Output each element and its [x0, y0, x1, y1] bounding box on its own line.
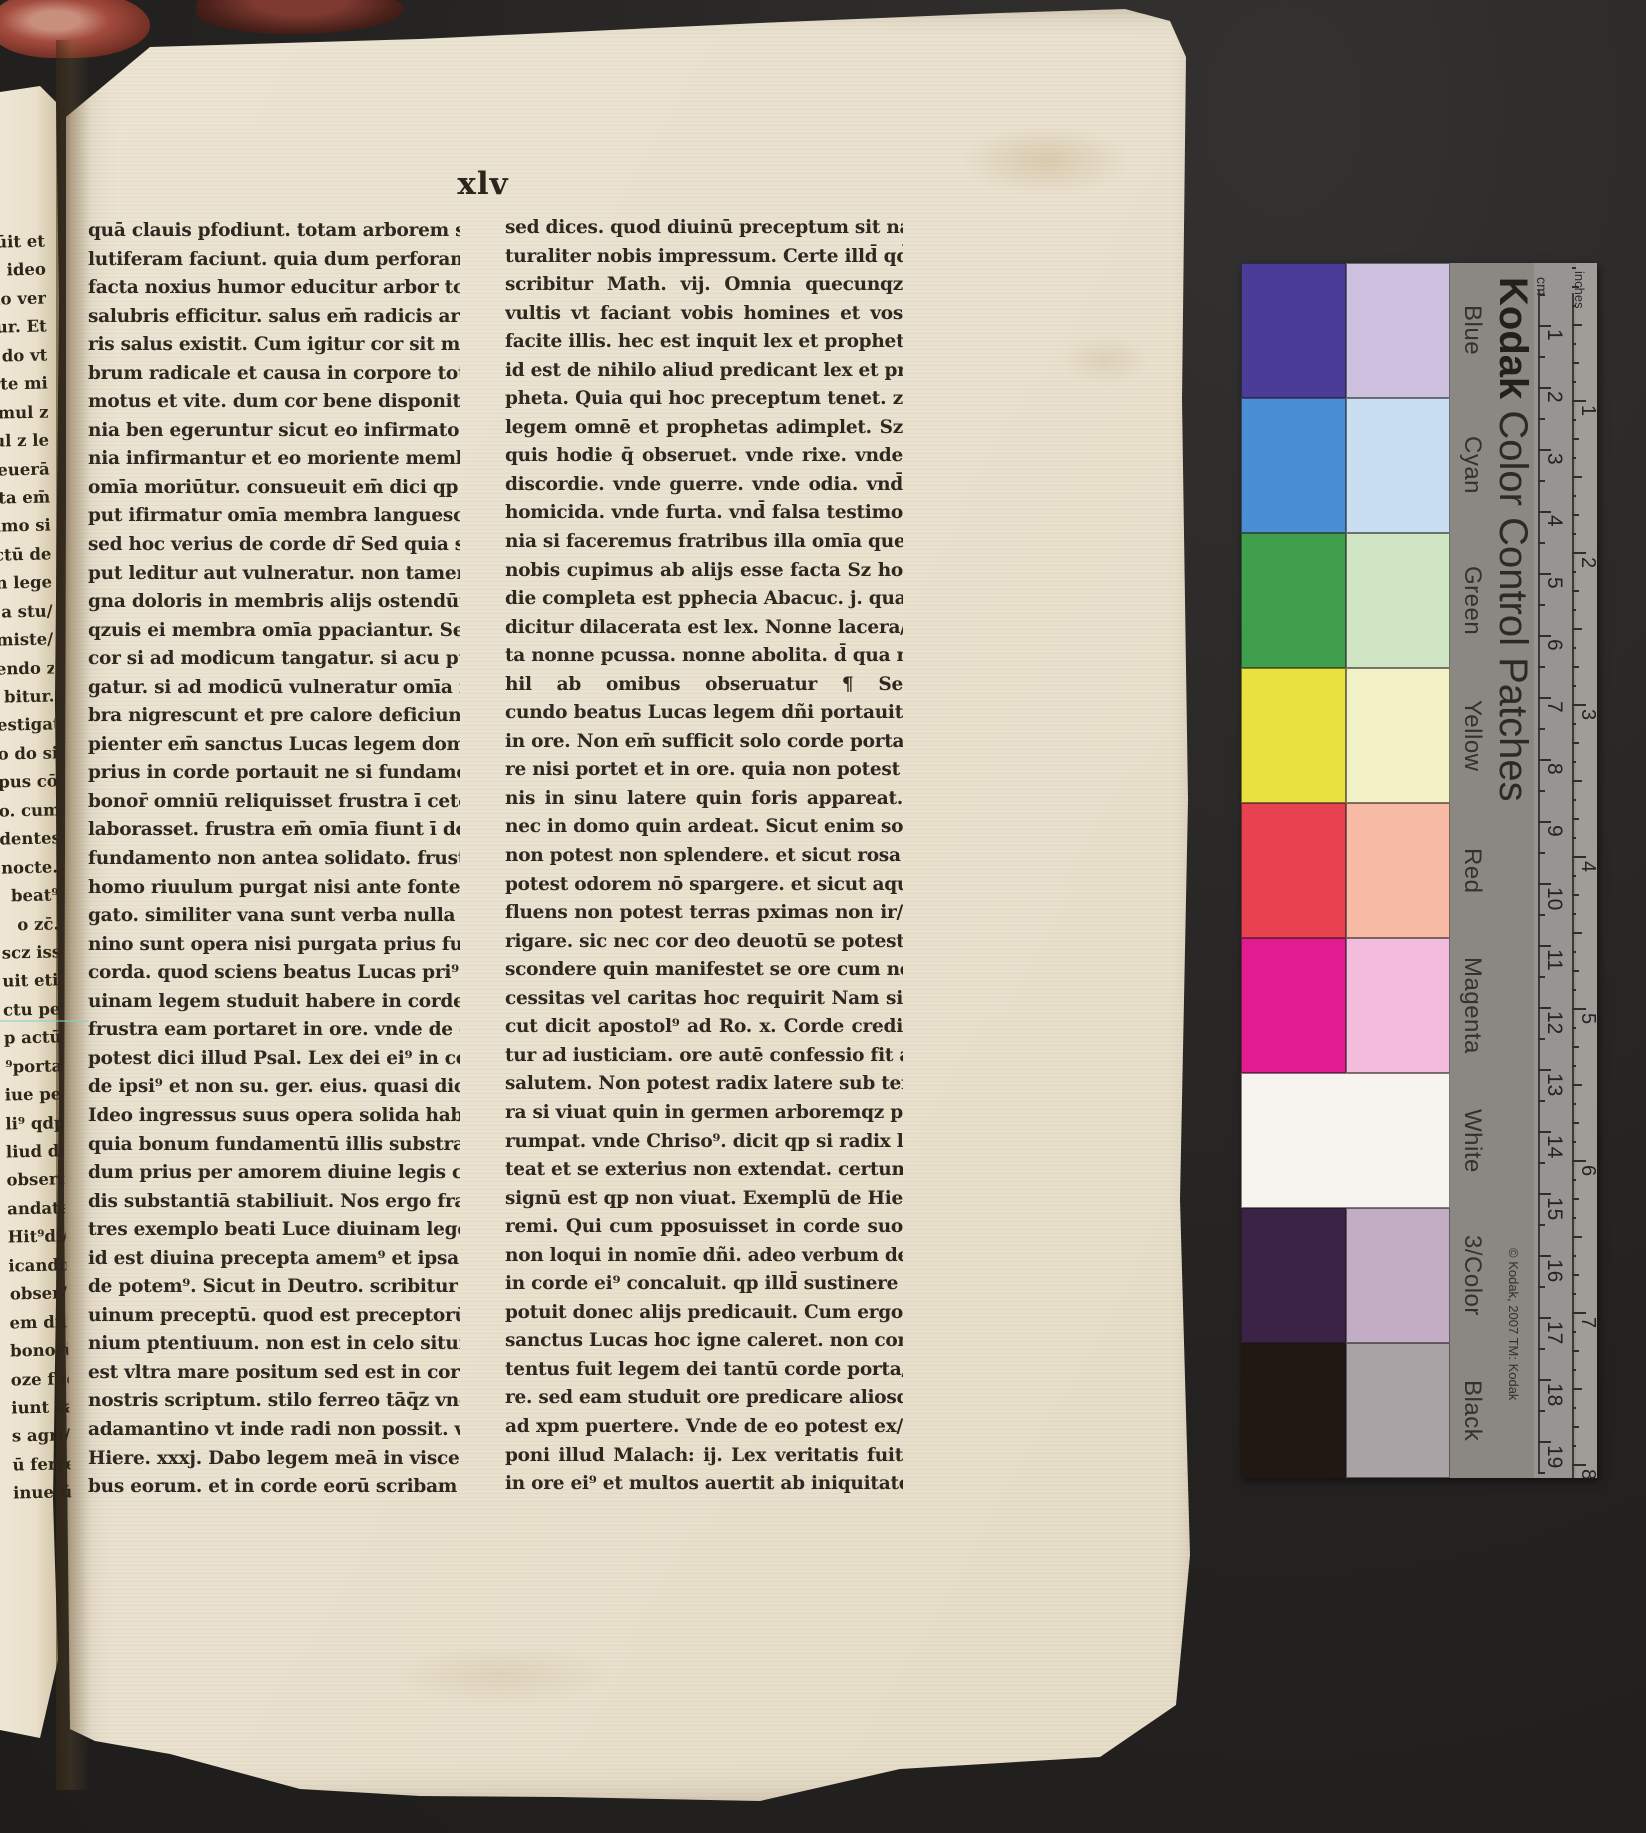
text-line: cor si ad modicum tangatur. si acu pun/: [88, 645, 460, 674]
text-column-right: sed dices. quod diuinū preceptum sit na/…: [505, 214, 903, 1499]
text-line: rigare. sic nec cor deo deuotū se potest…: [505, 928, 903, 957]
cm-number: 11: [1542, 949, 1566, 971]
inch-tick: [1572, 837, 1576, 839]
text-line: nino sunt opera nisi purgata prius fueri…: [88, 931, 460, 960]
text-line: sed dices. quod diuinū preceptum sit na/: [505, 214, 903, 243]
inch-tick: [1572, 343, 1576, 345]
text-line: bus eorum. et in corde eorū scribam eam: [88, 1473, 460, 1502]
chart-title: Kodak Color Control Patches: [1490, 277, 1535, 1357]
inch-tick: [1572, 1217, 1576, 1219]
gutter-shadow: [56, 40, 90, 1790]
left-page-fragment: t. ideo: [0, 256, 46, 286]
inch-tick: [1572, 457, 1576, 459]
left-page-fragment: li⁹ qdp: [5, 1109, 64, 1139]
inch-tick: [1572, 362, 1579, 364]
left-page-fragment: uit etiā: [2, 967, 61, 997]
patch-label-box: White: [1454, 1073, 1490, 1208]
text-line: nia infirmantur et eo moriente membra: [88, 445, 460, 474]
left-page-fragment: o. cum: [0, 796, 57, 826]
text-line: fundamento non antea solidato. frustra: [88, 845, 460, 874]
cm-tick: [1538, 852, 1545, 854]
color-patch-tint-3/color: [1346, 1208, 1450, 1343]
left-page-fragment: obser/: [9, 1279, 68, 1309]
text-line: facite illis. hec est inquit lex et prop…: [505, 328, 903, 357]
inch-tick: [1572, 989, 1576, 991]
cm-tick: [1538, 1162, 1545, 1164]
left-page-fragment: no ver: [0, 284, 46, 314]
text-line: de ipsi⁹ et non su. ger. eius. quasi dic…: [88, 1073, 460, 1102]
cm-number: 8: [1542, 763, 1566, 775]
inch-tick: [1572, 1464, 1586, 1466]
left-page-fragment: nocte.: [0, 853, 58, 883]
left-page-fragment: bitur.: [0, 682, 55, 712]
cm-number: 4: [1542, 515, 1566, 527]
text-line: laborasset. frustra em̄ omīa fiunt ī dom…: [88, 816, 460, 845]
cm-tick: [1538, 1348, 1545, 1350]
text-line: motus et vite. dum cor bene disponit om: [88, 388, 460, 417]
inch-tick: [1572, 1331, 1576, 1333]
cm-number: 7: [1542, 701, 1566, 713]
inch-tick: [1572, 875, 1576, 877]
left-page-fragment: o do si: [0, 739, 56, 769]
cm-number: 12: [1542, 1011, 1566, 1034]
text-line: vultis vt faciant vobis homines et vos: [505, 300, 903, 329]
inch-tick: [1572, 305, 1576, 307]
inch-tick: [1572, 1008, 1586, 1010]
inch-number: 8: [1576, 1469, 1599, 1480]
left-page-fragment: endo z: [0, 654, 54, 684]
inch-tick: [1572, 400, 1586, 402]
text-line: legem omnē et prophetas adimplet. Sz: [505, 414, 903, 443]
text-line: cessitas vel caritas hoc requirit Nam si: [505, 985, 903, 1014]
text-line: frustra eam portaret in ore. vnde de eo: [88, 1016, 460, 1045]
left-page-fragment: inueiūt: [13, 1479, 72, 1509]
text-line: scondere quin manifestet se ore cum ne/: [505, 956, 903, 985]
inch-tick: [1572, 609, 1576, 611]
text-line: fluens non potest terras pximas non ir/: [505, 899, 903, 928]
cm-ruler-line: [1538, 289, 1540, 1474]
left-page-fragment: miste/: [0, 626, 54, 656]
color-patch-yellow: [1241, 668, 1346, 803]
text-line: potest odorem nō spargere. et sicut aqua: [505, 871, 903, 900]
cm-tick: [1538, 945, 1551, 947]
text-line: dum prius per amorem diuine legis cor/: [88, 1159, 460, 1188]
cm-tick: [1538, 1317, 1551, 1319]
paper-stain: [390, 1645, 610, 1705]
text-line: id est diuina precepta amem⁹ et ipsa ī c…: [88, 1245, 460, 1274]
inch-tick: [1572, 818, 1579, 820]
patch-label-box: Green: [1454, 533, 1490, 668]
text-line: Hiere. xxxj. Dabo legem meā in visceri: [88, 1445, 460, 1474]
text-line: signū est qp non viuat. Exemplū de Hie: [505, 1185, 903, 1214]
cm-tick: [1538, 1286, 1545, 1288]
text-line: bonor̄ omniū reliquisset frustra ī ceter…: [88, 788, 460, 817]
left-page-fragment: ū ferre: [12, 1450, 71, 1480]
inch-tick: [1572, 1445, 1576, 1447]
patch-label-box: 3/Color: [1454, 1208, 1490, 1343]
text-line: nium ptentiuum. non est in celo situm nō: [88, 1330, 460, 1359]
cm-tick: [1538, 1069, 1551, 1071]
text-line: sanctus Lucas hoc igne caleret. non con: [505, 1327, 903, 1356]
text-line: prius in corde portauit ne si fundamentū: [88, 759, 460, 788]
cm-number: 2: [1542, 391, 1566, 403]
text-line: die completa est pphecia Abacuc. j. qua: [505, 585, 903, 614]
patch-label-box: Magenta: [1454, 938, 1490, 1073]
cm-tick: [1538, 1224, 1545, 1226]
text-line: scribitur Math. vij. Omnia quecunqz: [505, 271, 903, 300]
inch-tick: [1572, 628, 1582, 630]
cm-tick: [1538, 728, 1545, 730]
cm-tick: [1538, 666, 1545, 668]
inch-number: 6: [1576, 1165, 1599, 1176]
inch-number: 7: [1576, 1317, 1599, 1328]
patch-grid: [1241, 263, 1450, 1478]
text-line: lutiferam faciunt. quia dum perforamia: [88, 246, 460, 275]
text-line: dicitur dilacerata est lex. Nonne lacera…: [505, 614, 903, 643]
text-line: nobis cupimus ab alijs esse facta Sz ho: [505, 557, 903, 586]
cm-tick: [1538, 697, 1551, 699]
text-line: in ore. Non em̄ sufficit solo corde port…: [505, 728, 903, 757]
text-line: dis substantiā stabiliuit. Nos ergo fra/: [88, 1188, 460, 1217]
text-line: non loqui in nomīe dñi. adeo verbum dei: [505, 1242, 903, 1271]
inch-tick: [1572, 799, 1576, 801]
text-line: sed hoc verius de corde dr̄ Sed quia si …: [88, 531, 460, 560]
text-line: salutem. Non potest radix latere sub ter: [505, 1070, 903, 1099]
inch-tick: [1572, 780, 1582, 782]
patch-label: Magenta: [1458, 957, 1486, 1054]
color-patch-tint-cyan: [1346, 398, 1450, 533]
left-page-fragment: imo si: [0, 512, 51, 542]
left-page-fragment: oze fue: [10, 1365, 69, 1395]
text-line: teat et se exterius non extendat. certum: [505, 1156, 903, 1185]
chart-brand: Kodak: [1491, 277, 1535, 399]
inch-tick: [1572, 742, 1579, 744]
text-line: id est de nihilo aliud predicant lex et …: [505, 357, 903, 386]
left-page-fragment: pus cō: [0, 768, 57, 798]
inch-tick: [1572, 324, 1582, 326]
inch-tick: [1572, 1084, 1582, 1086]
folio-number: xlv: [443, 166, 523, 202]
patch-label-box: Cyan: [1454, 398, 1490, 533]
inch-number: 2: [1576, 557, 1599, 568]
cm-number: 13: [1542, 1073, 1566, 1096]
color-patch-tint-red: [1346, 803, 1450, 938]
cm-ruler-label: cm: [1534, 277, 1550, 296]
inch-tick: [1572, 1198, 1579, 1200]
patch-label-box: Blue: [1454, 263, 1490, 398]
cm-tick: [1538, 1100, 1545, 1102]
cm-tick: [1538, 542, 1545, 544]
patch-label: Green: [1458, 566, 1486, 635]
text-line: nec in domo quin ardeat. Sicut enim sol: [505, 813, 903, 842]
patch-label-box: Yellow: [1454, 668, 1490, 803]
endband-spine: [196, 0, 404, 34]
left-page-fragment: a stu/: [0, 597, 53, 627]
inch-tick: [1572, 571, 1576, 573]
text-line: rumpat. vnde Chriso⁹. dicit qp si radix …: [505, 1128, 903, 1157]
text-line: quis hodie q̄ obseruet. vnde rixe. vnde: [505, 442, 903, 471]
text-line: corda. quod sciens beatus Lucas pri⁹ di: [88, 959, 460, 988]
cm-number: 15: [1542, 1197, 1566, 1220]
patch-label: Cyan: [1458, 436, 1486, 494]
patch-label: Black: [1458, 1380, 1486, 1441]
cm-number: 18: [1542, 1383, 1566, 1406]
patch-label-box: Red: [1454, 803, 1490, 938]
left-page-fragment: iūit et: [0, 228, 45, 258]
inch-tick: [1572, 476, 1582, 478]
cm-number: 9: [1542, 825, 1566, 837]
cm-tick: [1538, 1472, 1545, 1474]
inch-tick: [1572, 1407, 1576, 1409]
cm-tick: [1538, 418, 1545, 420]
patch-label: Yellow: [1458, 700, 1486, 772]
cm-tick: [1538, 883, 1551, 885]
inch-tick: [1572, 894, 1579, 896]
left-page-fragment: obserue: [6, 1166, 65, 1196]
text-line: put leditur aut vulneratur. non tamen si: [88, 560, 460, 589]
color-patch-red: [1241, 803, 1346, 938]
left-page-fragment: dentes: [0, 825, 58, 855]
cm-number: 5: [1542, 577, 1566, 589]
inch-tick: [1572, 1388, 1582, 1390]
left-page-fragment: s agri/: [12, 1422, 71, 1452]
text-line: discordie. vnde guerre. vnde odia. vnd̄: [505, 471, 903, 500]
left-page-fragment: Hit⁹di/: [7, 1223, 66, 1253]
inch-tick: [1572, 647, 1576, 649]
text-line: re nisi portet et in ore. quia non potes…: [505, 756, 903, 785]
inch-tick: [1572, 1141, 1576, 1143]
inch-tick: [1572, 856, 1586, 858]
text-line: tentus fuit legem dei tantū corde porta/: [505, 1356, 903, 1385]
cm-tick: [1538, 1410, 1545, 1412]
left-page-fragment: p actū: [3, 1024, 62, 1054]
text-line: gna doloris in membris alijs ostendūtur: [88, 588, 460, 617]
text-line: remi. Qui cum pposuisset in corde suo: [505, 1213, 903, 1242]
left-page-fragment: ⁹porta: [4, 1052, 63, 1082]
chart-title-rest: Color Control Patches: [1491, 399, 1535, 801]
patch-label: Red: [1458, 848, 1486, 894]
inch-tick: [1572, 913, 1576, 915]
color-patch-magenta: [1241, 938, 1346, 1073]
left-page-fragment: n lege: [0, 569, 52, 599]
left-page-fragment: scz isse: [1, 938, 60, 968]
text-line: pheta. Quia qui hoc preceptum tenet. z: [505, 385, 903, 414]
left-page-fragment: mul z: [0, 398, 49, 428]
text-line: omīa moriūtur. consueuit em̄ dici qp si …: [88, 474, 460, 503]
color-patch-tint-blue: [1346, 263, 1450, 398]
left-page-fragment: ur. Et: [0, 313, 47, 343]
text-line: cut dicit apostol⁹ ad Ro. x. Corde credi: [505, 1013, 903, 1042]
text-line: Ideo ingressus suus opera solida habuit: [88, 1102, 460, 1131]
left-page-fragment: euerā: [0, 455, 50, 485]
text-line: potuit donec alijs predicauit. Cum ergo: [505, 1299, 903, 1328]
left-page-fragment: iue per: [4, 1080, 63, 1110]
text-line: tur ad iusticiam. ore autē confessio fit…: [505, 1042, 903, 1071]
kodak-color-control-patches-card: Kodak Color Control Patches © Kodak, 200…: [1241, 263, 1597, 1478]
inch-tick: [1572, 685, 1576, 687]
chart-label-strip: Kodak Color Control Patches © Kodak, 200…: [1450, 263, 1597, 1478]
inch-number: 5: [1576, 1013, 1599, 1024]
inch-tick: [1572, 1160, 1586, 1162]
color-patch-tint-black: [1346, 1343, 1450, 1478]
cm-tick: [1538, 1007, 1551, 1009]
text-line: homo riuulum purgat nisi ante fonte pur: [88, 874, 460, 903]
color-patch-white: [1241, 1073, 1450, 1208]
cm-number: 19: [1542, 1445, 1566, 1468]
cm-tick: [1538, 1379, 1551, 1381]
color-patch-blue: [1241, 263, 1346, 398]
text-line: ra si viuat quin in germen arboremqz p: [505, 1099, 903, 1128]
left-page-fragment: liud ds: [6, 1137, 65, 1167]
cm-tick: [1538, 790, 1545, 792]
inch-tick: [1572, 590, 1579, 592]
inch-number: 1: [1576, 405, 1599, 416]
text-line: poni illud Malach: ij. Lex veritatis fui…: [505, 1442, 903, 1471]
patch-label: White: [1458, 1109, 1486, 1173]
cm-tick: [1538, 294, 1545, 296]
chart-copyright: © Kodak, 2007 TM: Kodak: [1506, 1248, 1521, 1478]
cm-number: 3: [1542, 453, 1566, 465]
inches-ruler-line: [1572, 293, 1574, 1478]
color-patch-tint-yellow: [1346, 668, 1450, 803]
text-line: gatur. si ad modicū vulneratur omīa mē: [88, 674, 460, 703]
text-line: potest dici illud Psal. Lex dei ei⁹ in c…: [88, 1045, 460, 1074]
inch-tick: [1572, 1369, 1576, 1371]
text-line: bra nigrescunt et pre calore deficiunt S…: [88, 702, 460, 731]
inch-tick: [1572, 970, 1579, 972]
text-line: nis in sinu latere quin foris appareat.: [505, 785, 903, 814]
inch-number: 3: [1576, 709, 1599, 720]
inch-tick: [1572, 1236, 1582, 1238]
inch-tick: [1572, 495, 1576, 497]
inch-tick: [1572, 1122, 1579, 1124]
left-page-fragment: ctū de: [0, 540, 52, 570]
inch-tick: [1572, 951, 1576, 953]
text-line: in corde ei⁹ concaluit. qp illd̄ sustine…: [505, 1270, 903, 1299]
cm-number: 10: [1542, 887, 1566, 910]
inch-tick: [1572, 1179, 1576, 1181]
cm-number: 6: [1542, 639, 1566, 651]
text-line: pienter em̄ sanctus Lucas legem domini: [88, 731, 460, 760]
text-line: non potest non splendere. et sicut rosa …: [505, 842, 903, 871]
inch-tick: [1572, 1350, 1579, 1352]
inch-tick: [1572, 1293, 1576, 1295]
left-page-fragment: ctu per: [3, 995, 62, 1025]
text-line: nia si faceremus fratribus illa omīa que: [505, 528, 903, 557]
text-line: homicida. vnde furta. vnd̄ falsa testimo: [505, 499, 903, 528]
inch-tick: [1572, 1027, 1576, 1029]
inch-tick: [1572, 533, 1576, 535]
cm-tick: [1538, 356, 1545, 358]
cm-tick: [1538, 1193, 1551, 1195]
patch-label-box: Black: [1454, 1343, 1490, 1478]
text-line: est vltra mare positum sed est in cordib…: [88, 1359, 460, 1388]
left-page-fragment: o zc̄.: [1, 910, 60, 940]
cm-tick: [1538, 1255, 1551, 1257]
inch-number: 4: [1576, 861, 1599, 872]
cm-tick: [1538, 821, 1551, 823]
inch-tick: [1572, 1274, 1579, 1276]
cm-tick: [1538, 976, 1545, 978]
text-line: adamantino vt inde radi non possit. vn̄: [88, 1416, 460, 1445]
text-line: in ore ei⁹ et multos auertit ab iniquita…: [505, 1470, 903, 1499]
inch-tick: [1572, 1065, 1576, 1067]
text-line: cundo beatus Lucas legem dñi portauit: [505, 699, 903, 728]
inch-tick: [1572, 1046, 1579, 1048]
text-line: ta nonne pcussa. nonne abolita. d̄ qua n…: [505, 642, 903, 671]
color-patch-green: [1241, 533, 1346, 668]
text-line: hil ab omibus obseruatur ¶ Se: [505, 671, 903, 700]
color-patch-tint-green: [1346, 533, 1450, 668]
left-page-fragment: beat⁹: [0, 881, 59, 911]
color-patch-black: [1241, 1343, 1346, 1478]
text-line: ad xpm puertere. Vnde de eo potest ex/: [505, 1413, 903, 1442]
color-patch-tint-magenta: [1346, 938, 1450, 1073]
inch-tick: [1572, 1312, 1586, 1314]
left-page-fragment: ta em̄: [0, 483, 51, 513]
text-line: facta noxius humor educitur arbor tota: [88, 274, 460, 303]
cm-tick: [1538, 604, 1545, 606]
paper-stain: [1060, 335, 1150, 385]
cm-tick: [1538, 914, 1545, 916]
text-line: uinam legem studuit habere in corde ne: [88, 988, 460, 1017]
inch-tick: [1572, 723, 1576, 725]
cm-tick: [1538, 635, 1551, 637]
inch-tick: [1572, 666, 1579, 668]
text-line: turaliter nobis impressum. Certe illd̄ q…: [505, 243, 903, 272]
inch-tick: [1572, 286, 1579, 288]
inch-tick: [1572, 1426, 1579, 1428]
cm-tick: [1538, 1131, 1551, 1133]
inch-tick: [1572, 1103, 1576, 1105]
cm-tick: [1538, 387, 1551, 389]
cm-number: 1: [1542, 329, 1566, 341]
left-page-fragment: estigat: [0, 711, 55, 741]
left-page-fragment: bonorū: [10, 1336, 69, 1366]
cm-tick: [1538, 1441, 1551, 1443]
color-patch-cyan: [1241, 398, 1346, 533]
cm-tick: [1538, 1038, 1545, 1040]
text-line: qzuis ei membra omīa ppaciantur. Sed: [88, 617, 460, 646]
cm-number: 17: [1542, 1321, 1566, 1344]
inch-tick: [1572, 438, 1579, 440]
text-line: brum radicale et causa in corpore totius: [88, 360, 460, 389]
left-page-fragment: do vt: [0, 341, 48, 371]
text-line: re. sed eam studuit ore predicare aliosq…: [505, 1384, 903, 1413]
left-page-fragment: ul z le: [0, 427, 49, 457]
text-line: de potem⁹. Sicut in Deutro. scribitur di: [88, 1273, 460, 1302]
text-line: salubris efficitur. salus em̄ radicis ar…: [88, 303, 460, 332]
left-page-fragment: iunt va: [11, 1393, 70, 1423]
paper-stain: [960, 125, 1130, 195]
inch-tick: [1572, 761, 1576, 763]
cm-tick: [1538, 325, 1551, 327]
inch-tick: [1572, 419, 1576, 421]
inch-tick: [1572, 381, 1576, 383]
cm-tick: [1538, 573, 1551, 575]
cm-tick: [1538, 480, 1545, 482]
inches-ruler-label: inches: [1572, 271, 1587, 309]
cm-tick: [1538, 449, 1551, 451]
text-line: quā clauis pfodiunt. totam arborem sa/: [88, 217, 460, 246]
inch-tick: [1572, 1255, 1576, 1257]
text-line: tres exemplo beati Luce diuinam legem: [88, 1216, 460, 1245]
cm-number: 14: [1542, 1135, 1566, 1158]
cm-tick: [1538, 511, 1551, 513]
inch-tick: [1572, 514, 1579, 516]
patch-label: Blue: [1458, 305, 1486, 355]
inch-tick: [1572, 704, 1586, 706]
